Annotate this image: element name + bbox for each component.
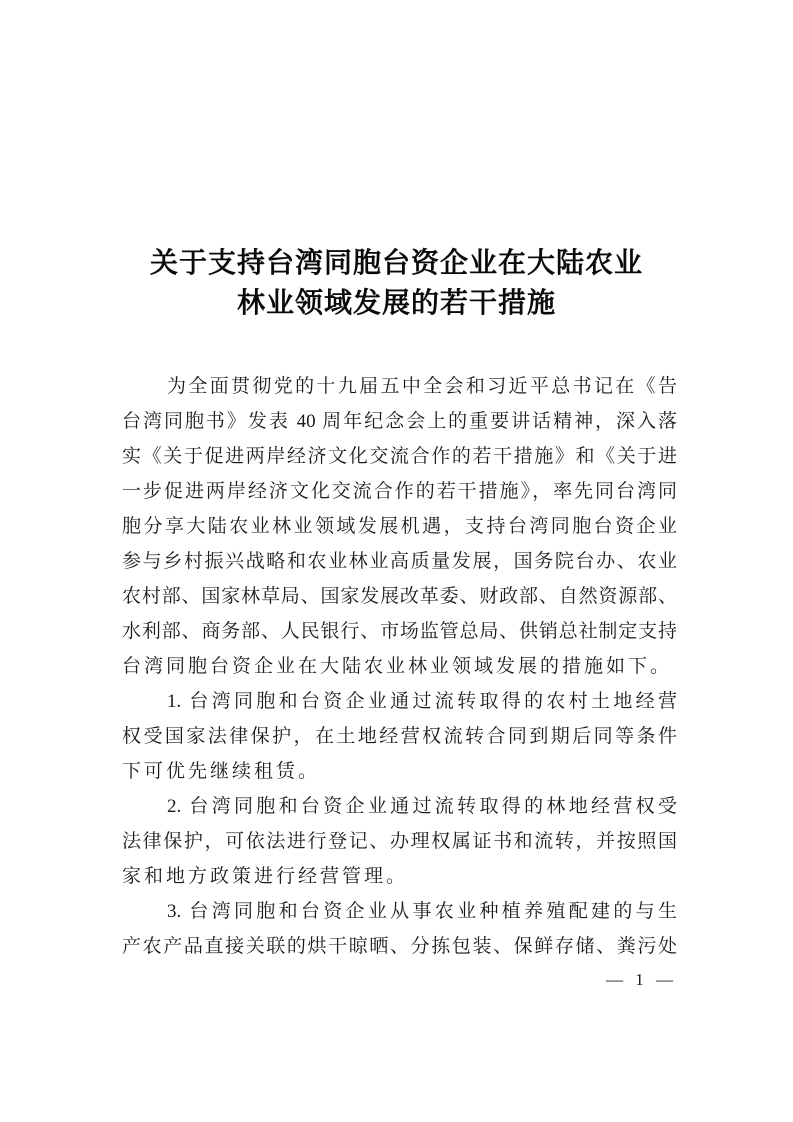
body-line: 权受国家法律保护，在土地经营权流转合同到期后同等条件 [122, 719, 677, 754]
body-line: 农村部、国家林草局、国家发展改革委、财政部、自然资源部、 [122, 579, 677, 614]
body-line: 产农产品直接关联的烘干晾晒、分拣包装、保鲜存储、粪污处 [122, 929, 677, 964]
body-line: 法律保护，可依法进行登记、办理权属证书和流转，并按照国 [122, 824, 677, 859]
body-line-item-2: 2. 台湾同胞和台资企业通过流转取得的林地经营权受 [122, 789, 677, 824]
body-line: 台湾同胞台资企业在大陆农业林业领域发展的措施如下。 [122, 649, 677, 684]
document-body: 为全面贯彻党的十九届五中全会和习近平总书记在《告 台湾同胞书》发表 40 周年纪… [122, 369, 677, 964]
body-line-item-3: 3. 台湾同胞和台资企业从事农业种植养殖配建的与生 [122, 894, 677, 929]
body-line-item-1: 1. 台湾同胞和台资企业通过流转取得的农村土地经营 [122, 684, 677, 719]
body-line: 家和地方政策进行经营管理。 [122, 859, 677, 894]
body-line: 实《关于促进两岸经济文化交流合作的若干措施》和《关于进 [122, 439, 677, 474]
title-line-1: 关于支持台湾同胞台资企业在大陆农业 [0, 244, 793, 284]
body-line: 胞分享大陆农业林业领域发展机遇，支持台湾同胞台资企业 [122, 509, 677, 544]
document-title: 关于支持台湾同胞台资企业在大陆农业 林业领域发展的若干措施 [0, 244, 793, 324]
body-line: 下可优先继续租赁。 [122, 754, 677, 789]
body-line: 参与乡村振兴战略和农业林业高质量发展，国务院台办、农业 [122, 544, 677, 579]
document-page: 关于支持台湾同胞台资企业在大陆农业 林业领域发展的若干措施 为全面贯彻党的十九届… [0, 0, 793, 1122]
body-line: 一步促进两岸经济文化交流合作的若干措施》，率先同台湾同 [122, 474, 677, 509]
body-line: 为全面贯彻党的十九届五中全会和习近平总书记在《告 [122, 369, 677, 404]
body-line: 水利部、商务部、人民银行、市场监管总局、供销总社制定支持 [122, 614, 677, 649]
title-line-2: 林业领域发展的若干措施 [0, 284, 793, 324]
page-number: — 1 — [606, 969, 677, 991]
body-line: 台湾同胞书》发表 40 周年纪念会上的重要讲话精神，深入落 [122, 404, 677, 439]
